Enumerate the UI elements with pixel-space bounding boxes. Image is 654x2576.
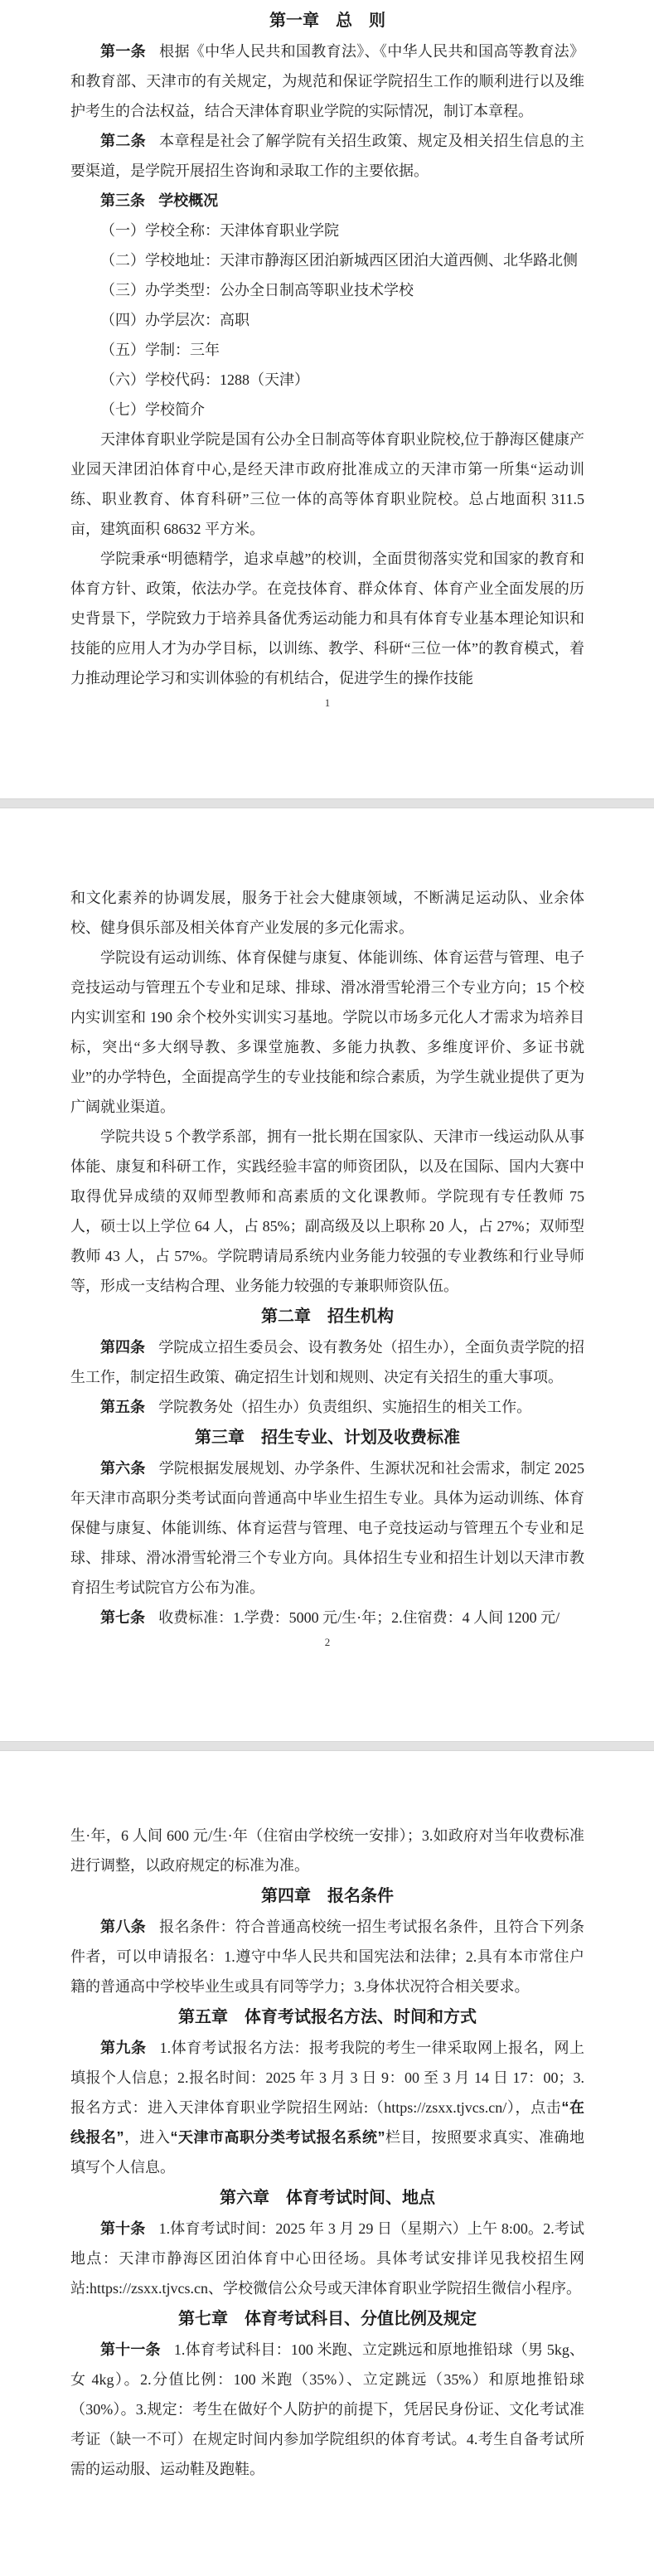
article-5-text: 学院教务处（招生办）负责组织、实施招生的相关工作。 (158, 1399, 531, 1415)
chapter-heading-4: 第四章 报名条件 (70, 1880, 584, 1912)
article-6-text: 学院根据发展规划、办学条件、生源状况和社会需求，制定 2025 年天津市高职分类… (70, 1460, 584, 1596)
article-11-label: 第十一条 (100, 2341, 161, 2358)
chapter-heading-5: 第五章 体育考试报名方法、时间和方式 (70, 2001, 584, 2033)
fees-continuation-paragraph: 生·年，6 人间 600 元/生·年（住宿由学校统一安排）；3.如政府对当年收费… (70, 1821, 584, 1880)
article-10-text: 1.体育考试时间：2025 年 3 月 29 日（星期六）上午 8:00。2.考… (70, 2220, 584, 2297)
school-address-line: （二）学校地址：天津市静海区团泊新城西区团泊大道西侧、北华路北侧 (70, 245, 584, 275)
school-name-line: （一）学校全称：天津体育职业学院 (70, 216, 584, 245)
article-2-label: 第二条 (100, 133, 146, 149)
majors-paragraph: 学院设有运动训练、体育保健与康复、体能训练、体育运营与管理、电子竞技运动与管理五… (70, 943, 584, 1122)
school-code-line: （六）学校代码：1288（天津） (70, 365, 584, 395)
school-level-line: （四）办学层次：高职 (70, 305, 584, 335)
article-8: 第八条报名条件：符合普通高校统一招生考试报名条件，且符合下列条件者，可以申请报名… (70, 1912, 584, 2001)
article-9: 第九条1.体育考试报名方法：报考我院的考生一律采取网上报名，网上填报个人信息；2… (70, 2033, 584, 2182)
school-intro-paragraph: 天津体育职业学院是国有公办全日制高等体育职业院校,位于静海区健康产业园天津团泊体… (70, 424, 584, 544)
school-type-line: （三）办学类型：公办全日制高等职业技术学校 (70, 275, 584, 305)
article-5: 第五条学院教务处（招生办）负责组织、实施招生的相关工作。 (70, 1392, 584, 1422)
article-9-seg1: 1.体育考试报名方法：报考我院的考生一律采取网上报名，网上填报个人信息；2.报名… (70, 2040, 584, 2116)
chapter-heading-1: 第一章 总 则 (70, 5, 584, 36)
school-duration-line: （五）学制：三年 (70, 335, 584, 365)
article-3-label: 第三条 (100, 192, 145, 209)
article-3-text: 学校概况 (158, 192, 218, 209)
chapter-heading-3: 第三章 招生专业、计划及收费标准 (70, 1422, 584, 1453)
page-1: 第一章 总 则 第一条根据《中华人民共和国教育法》、《中华人民共和国高等教育法》… (0, 0, 654, 798)
article-3: 第三条学校概况 (70, 186, 584, 216)
article-7-label: 第七条 (100, 1609, 145, 1626)
chapter-heading-6: 第六章 体育考试时间、地点 (70, 2182, 584, 2214)
page-2: 和文化素养的协调发展，服务于社会大健康领域，不断满足运动队、业余体校、健身俱乐部… (0, 808, 654, 1741)
chapter-heading-2: 第二章 招生机构 (70, 1301, 584, 1332)
article-9-label: 第九条 (100, 2040, 146, 2056)
article-9-seg4: “天津市高职分类考试报名系统” (171, 2129, 385, 2146)
article-2: 第二条本章程是社会了解学院有关招生政策、规定及相关招生信息的主要渠道，是学院开展… (70, 126, 584, 186)
article-10-label: 第十条 (100, 2220, 145, 2237)
faculty-paragraph: 学院共设 5 个教学系部，拥有一批长期在国家队、天津市一线运动队从事体能、康复和… (70, 1122, 584, 1301)
article-4-label: 第四条 (100, 1339, 145, 1356)
page-number-1: 1 (70, 696, 584, 710)
article-11-text: 1.体育考试科目：100 米跑、立定跳远和原地推铅球（男 5kg、女 4kg）。… (70, 2341, 584, 2477)
article-2-text: 本章程是社会了解学院有关招生政策、规定及相关招生信息的主要渠道，是学院开展招生咨… (70, 133, 584, 179)
school-motto-paragraph: 学院秉承“明德精学，追求卓越”的校训，全面贯彻落实党和国家的教育和体育方针、政策… (70, 544, 584, 693)
page-3: 生·年，6 人间 600 元/生·年（住宿由学校统一安排）；3.如政府对当年收费… (0, 1751, 654, 2576)
article-8-text: 报名条件：符合普通高校统一招生考试报名条件，且符合下列条件者，可以申请报名：1.… (70, 1919, 584, 1995)
article-1-text: 根据《中华人民共和国教育法》、《中华人民共和国高等教育法》和教育部、天津市的有关… (70, 43, 584, 119)
article-4: 第四条学院成立招生委员会、设有教务处（招生办），全面负责学院的招生工作，制定招生… (70, 1332, 584, 1392)
article-11: 第十一条1.体育考试科目：100 米跑、立定跳远和原地推铅球（男 5kg、女 4… (70, 2335, 584, 2484)
article-5-label: 第五条 (100, 1399, 145, 1415)
article-7-text: 收费标准：1.学费：5000 元/生·年；2.住宿费：4 人间 1200 元/ (158, 1609, 560, 1626)
page-divider-2 (0, 1741, 654, 1751)
article-9-seg3: ，进入 (124, 2129, 171, 2146)
page-number-2: 2 (70, 1636, 584, 1649)
intro-continuation-paragraph: 和文化素养的协调发展，服务于社会大健康领域，不断满足运动队、业余体校、健身俱乐部… (70, 883, 584, 943)
article-6: 第六条学院根据发展规划、办学条件、生源状况和社会需求，制定 2025 年天津市高… (70, 1453, 584, 1603)
article-1: 第一条根据《中华人民共和国教育法》、《中华人民共和国高等教育法》和教育部、天津市… (70, 36, 584, 126)
school-intro-title-line: （七）学校简介 (70, 395, 584, 424)
chapter-heading-7: 第七章 体育考试科目、分值比例及规定 (70, 2303, 584, 2335)
article-8-label: 第八条 (100, 1919, 146, 1935)
article-7: 第七条收费标准：1.学费：5000 元/生·年；2.住宿费：4 人间 1200 … (70, 1603, 584, 1632)
document-viewer: 第一章 总 则 第一条根据《中华人民共和国教育法》、《中华人民共和国高等教育法》… (0, 0, 654, 2576)
article-1-label: 第一条 (100, 43, 146, 60)
page-divider-1 (0, 798, 654, 808)
article-4-text: 学院成立招生委员会、设有教务处（招生办），全面负责学院的招生工作，制定招生政策、… (70, 1339, 584, 1385)
article-6-label: 第六条 (100, 1460, 146, 1477)
article-10: 第十条1.体育考试时间：2025 年 3 月 29 日（星期六）上午 8:00。… (70, 2214, 584, 2303)
